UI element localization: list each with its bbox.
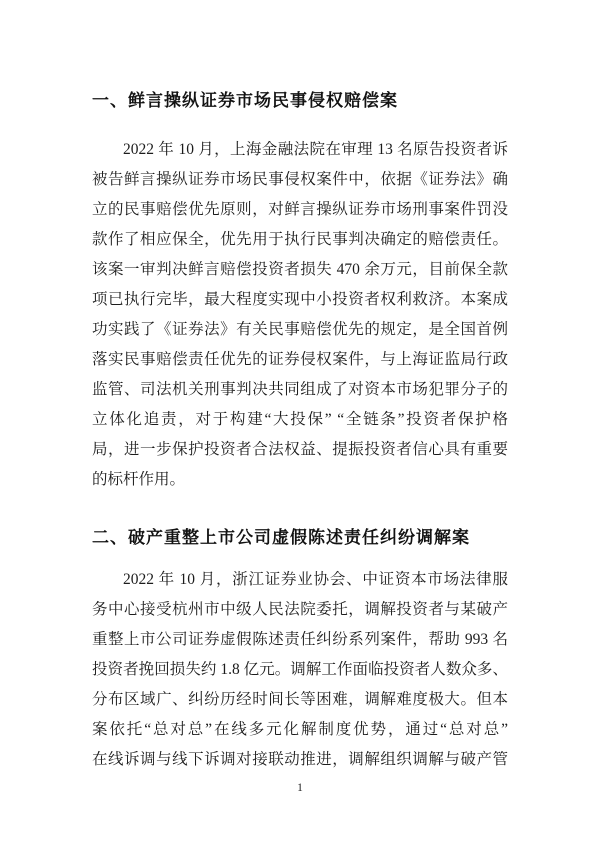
paragraph-line: 重整上市公司证券虚假陈述责任纠纷系列案件，帮助 993 名 bbox=[92, 625, 508, 655]
paragraph-line: 落实民事赔偿责任优先的证券侵权案件，与上海证监局行政 bbox=[92, 345, 508, 375]
paragraph-line: 该案一审判决鲜言赔偿投资者损失 470 余万元，目前保全款 bbox=[92, 255, 508, 285]
document-page: 一、鲜言操纵证券市场民事侵权赔偿案 2022 年 10 月，上海金融法院在审理 … bbox=[0, 0, 600, 848]
paragraph-line: 功实践了《证券法》有关民事赔偿优先的规定，是全国首例 bbox=[92, 315, 508, 345]
paragraph-line: 局，进一步保护投资者合法权益、提振投资者信心具有重要 bbox=[92, 435, 508, 465]
paragraph-line: 案依托“总对总”在线多元化解制度优势，通过“总对总” bbox=[92, 715, 508, 745]
section-2-paragraph: 2022 年 10 月，浙江证券业协会、中证资本市场法律服 务中心接受杭州市中级… bbox=[92, 565, 508, 775]
paragraph-line: 的标杆作用。 bbox=[92, 465, 508, 495]
section-1-heading: 一、鲜言操纵证券市场民事侵权赔偿案 bbox=[92, 90, 508, 112]
section-2-heading: 二、破产重整上市公司虚假陈述责任纠纷调解案 bbox=[92, 527, 508, 549]
document-content: 一、鲜言操纵证券市场民事侵权赔偿案 2022 年 10 月，上海金融法院在审理 … bbox=[92, 0, 508, 775]
paragraph-line: 2022 年 10 月，上海金融法院在审理 13 名原告投资者诉 bbox=[92, 135, 508, 165]
paragraph-line: 2022 年 10 月，浙江证券业协会、中证资本市场法律服 bbox=[92, 565, 508, 595]
section-2: 二、破产重整上市公司虚假陈述责任纠纷调解案 2022 年 10 月，浙江证券业协… bbox=[92, 527, 508, 775]
section-1-paragraph: 2022 年 10 月，上海金融法院在审理 13 名原告投资者诉 被告鲜言操纵证… bbox=[92, 135, 508, 495]
paragraph-line: 监管、司法机关刑事判决共同组成了对资本市场犯罪分子的 bbox=[92, 375, 508, 405]
paragraph-line: 投资者挽回损失约 1.8 亿元。调解工作面临投资者人数众多、 bbox=[92, 655, 508, 685]
paragraph-line: 立体化追责，对于构建“大投保” “全链条”投资者保护格 bbox=[92, 405, 508, 435]
paragraph-line: 款作了相应保全，优先用于执行民事判决确定的赔偿责任。 bbox=[92, 225, 508, 255]
paragraph-line: 立的民事赔偿优先原则，对鲜言操纵证券市场刑事案件罚没 bbox=[92, 195, 508, 225]
paragraph-line: 在线诉调与线下诉调对接联动推进，调解组织调解与破产管 bbox=[92, 745, 508, 775]
paragraph-line: 分布区域广、纠纷历经时间长等困难，调解难度极大。但本 bbox=[92, 685, 508, 715]
section-1: 一、鲜言操纵证券市场民事侵权赔偿案 2022 年 10 月，上海金融法院在审理 … bbox=[92, 90, 508, 495]
paragraph-line: 项已执行完毕，最大程度实现中小投资者权利救济。本案成 bbox=[92, 285, 508, 315]
paragraph-line: 被告鲜言操纵证券市场民事侵权案件中，依据《证券法》确 bbox=[92, 165, 508, 195]
page-number: 1 bbox=[0, 782, 600, 794]
paragraph-line: 务中心接受杭州市中级人民法院委托，调解投资者与某破产 bbox=[92, 595, 508, 625]
